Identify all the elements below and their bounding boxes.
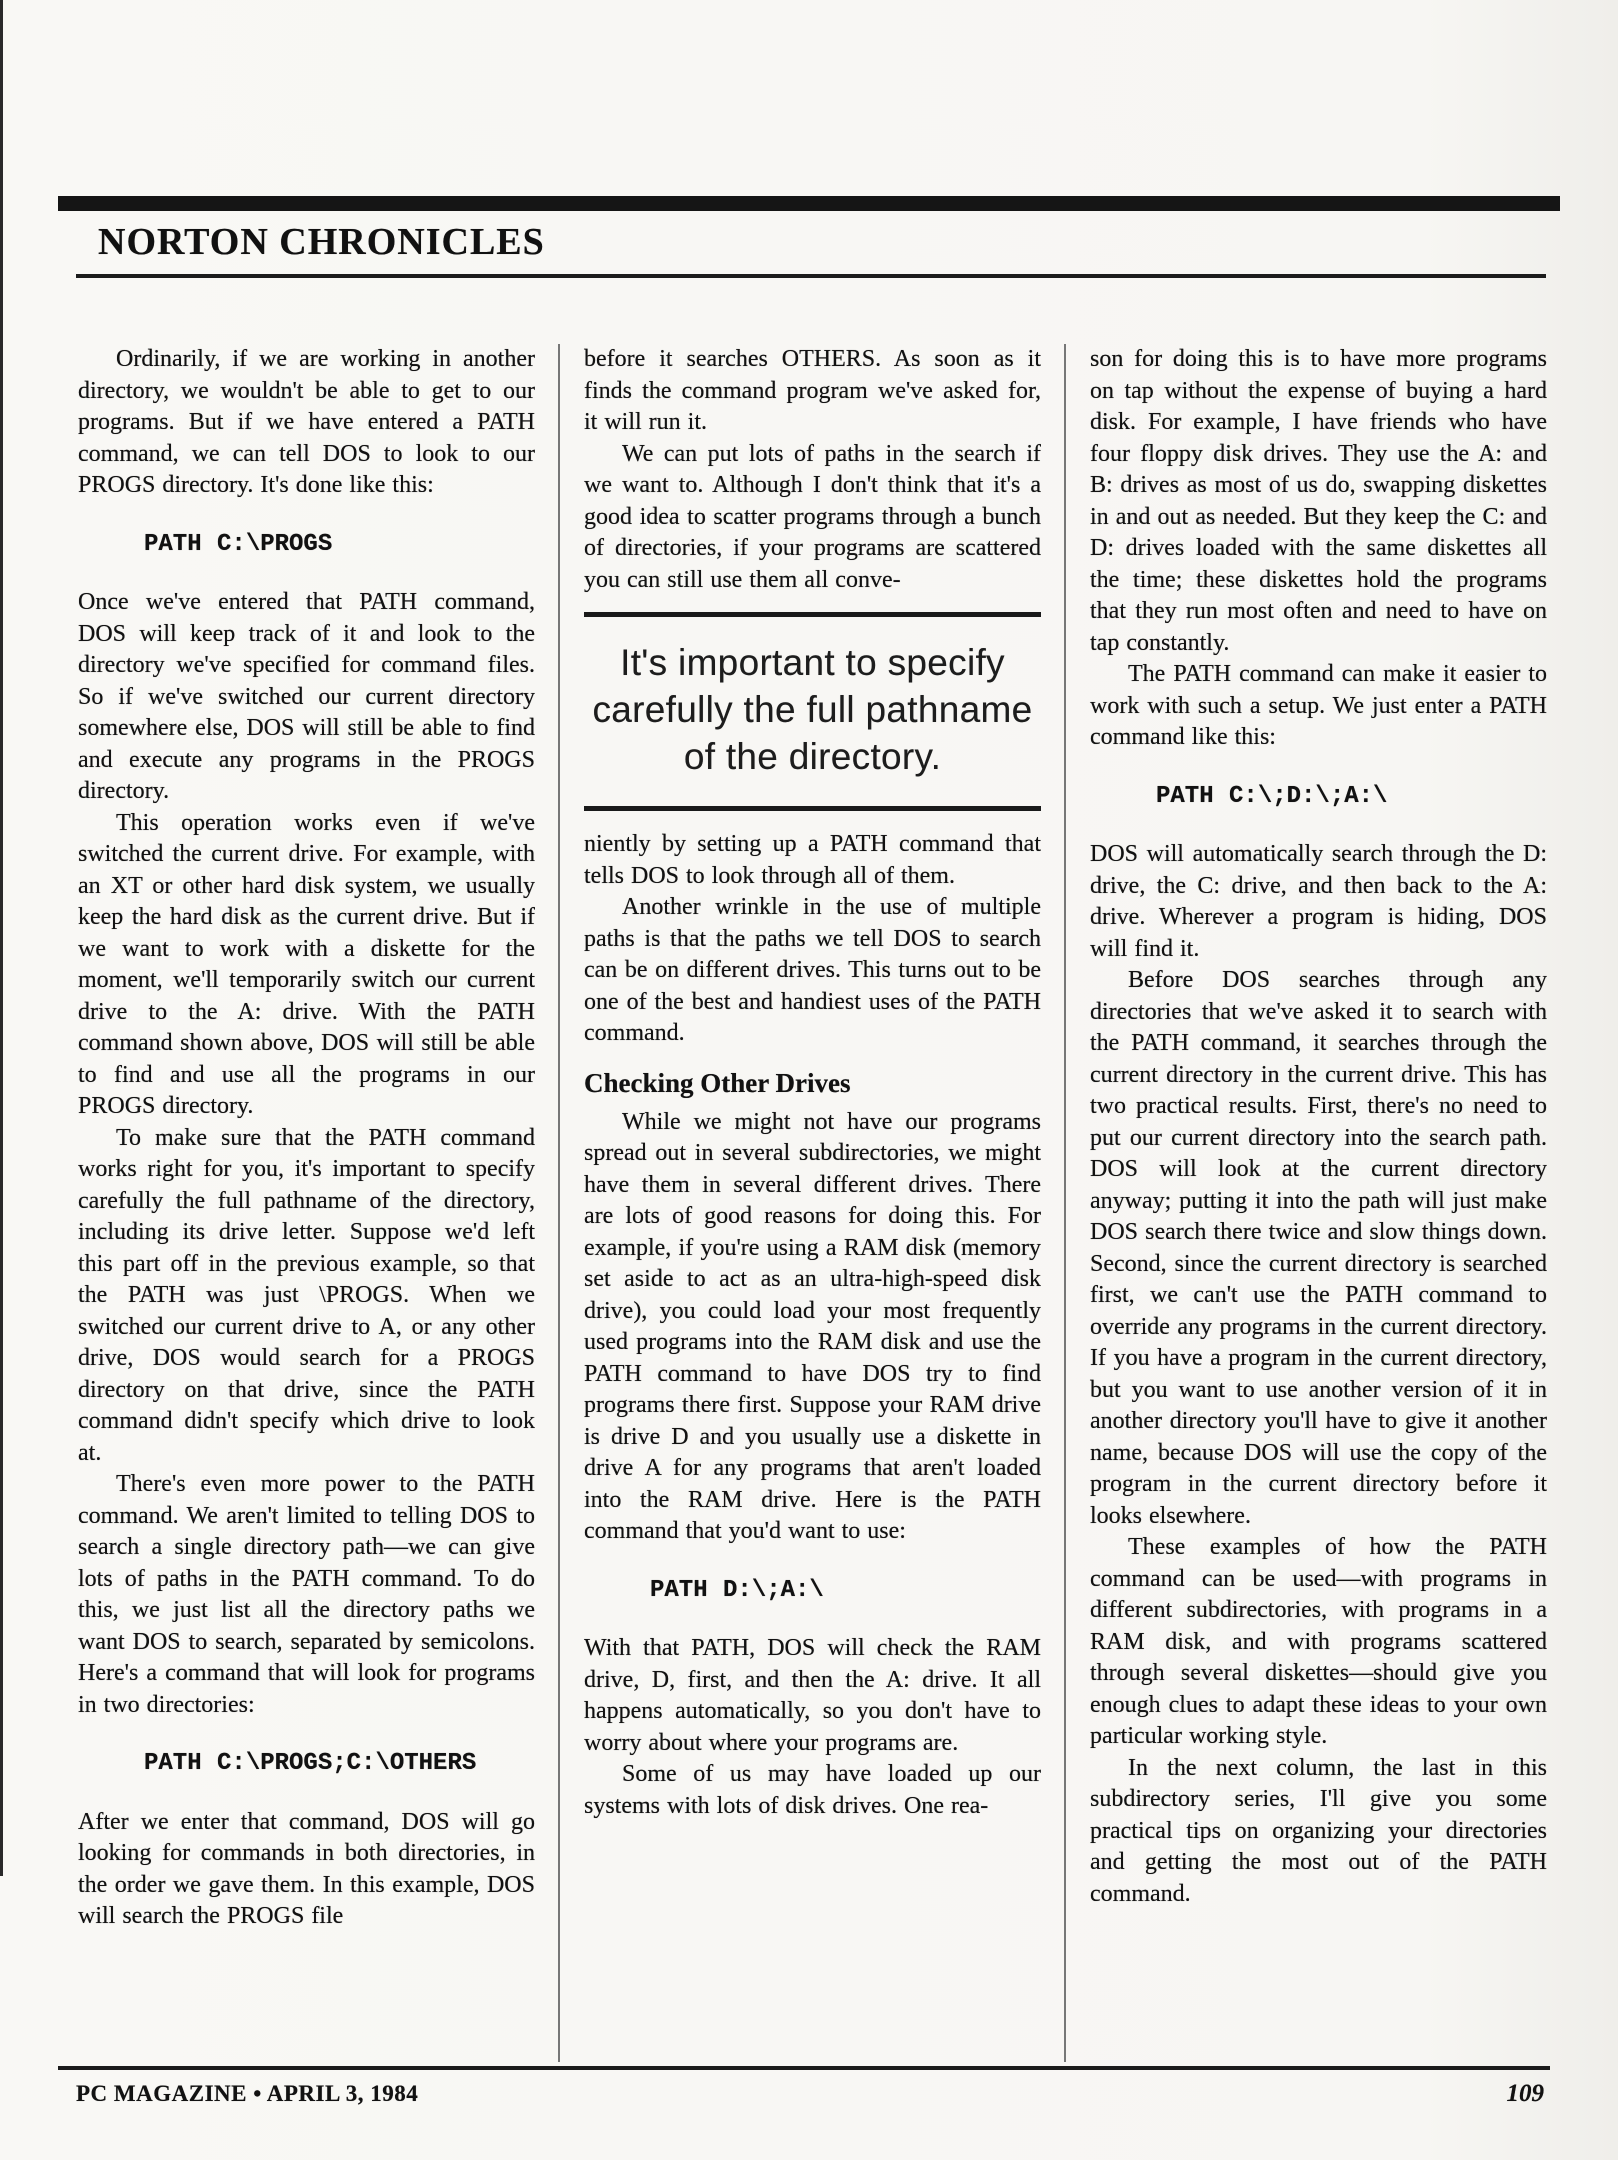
paragraph: After we enter that command, DOS will go… [78,1807,535,1933]
footer: PC MAGAZINE • APRIL 3, 1984 109 [76,2080,1548,2108]
paragraph: Ordinarily, if we are working in another… [78,344,535,502]
column-3: son for doing this is to have more progr… [1064,344,1547,2062]
paragraph: This operation works even if we've switc… [78,808,535,1123]
paragraph: Before DOS searches through any director… [1090,965,1547,1532]
page-number: 109 [1507,2080,1549,2108]
magazine-page: NORTON CHRONICLES Ordinarily, if we are … [0,0,1618,2160]
column-1: Ordinarily, if we are working in another… [78,344,535,2062]
paragraph: DOS will automatically search through th… [1090,839,1547,965]
paragraph: With that PATH, DOS will check the RAM d… [584,1633,1041,1759]
paragraph: While we might not have our programs spr… [584,1107,1041,1548]
dos-command: PATH C:\;D:\;A:\ [1090,781,1547,813]
dos-command: PATH C:\PROGS;C:\OTHERS [78,1748,535,1780]
paragraph: These examples of how the PATH command c… [1090,1532,1547,1753]
paragraph: son for doing this is to have more progr… [1090,344,1547,659]
paragraph: We can put lots of paths in the search i… [584,439,1041,597]
masthead: NORTON CHRONICLES [76,211,1546,278]
top-frame-rule [58,196,1560,211]
paragraph: There's even more power to the PATH comm… [78,1469,535,1721]
article-end-mark-icon: ■ [1527,1885,1547,1905]
paragraph: In the next column, the last in this sub… [1090,1753,1547,1911]
paragraph: Another wrinkle in the use of multiple p… [584,892,1041,1050]
footer-rule [58,2066,1550,2070]
pull-quote: It's important to specify carefully the … [584,612,1041,811]
paragraph: The PATH command can make it easier to w… [1090,659,1547,754]
paragraph: Once we've entered that PATH command, DO… [78,587,535,808]
paragraph: before it searches OTHERS. As soon as it… [584,344,1041,439]
article-columns: Ordinarily, if we are working in another… [78,344,1548,2062]
paragraph: To make sure that the PATH command works… [78,1123,535,1470]
section-heading: Checking Other Drives [584,1068,1041,1099]
paragraph: Some of us may have loaded up our system… [584,1759,1041,1822]
page-title: NORTON CHRONICLES [76,211,1546,274]
column-2: before it searches OTHERS. As soon as it… [558,344,1041,2062]
dos-command: PATH D:\;A:\ [584,1575,1041,1607]
paragraph: niently by setting up a PATH command tha… [584,829,1041,892]
left-frame-rule [0,0,3,1876]
footer-magazine-date: PC MAGAZINE • APRIL 3, 1984 [76,2081,418,2107]
dos-command: PATH C:\PROGS [78,529,535,561]
paragraph-text: In the next column, the last in this sub… [1090,1755,1547,1907]
